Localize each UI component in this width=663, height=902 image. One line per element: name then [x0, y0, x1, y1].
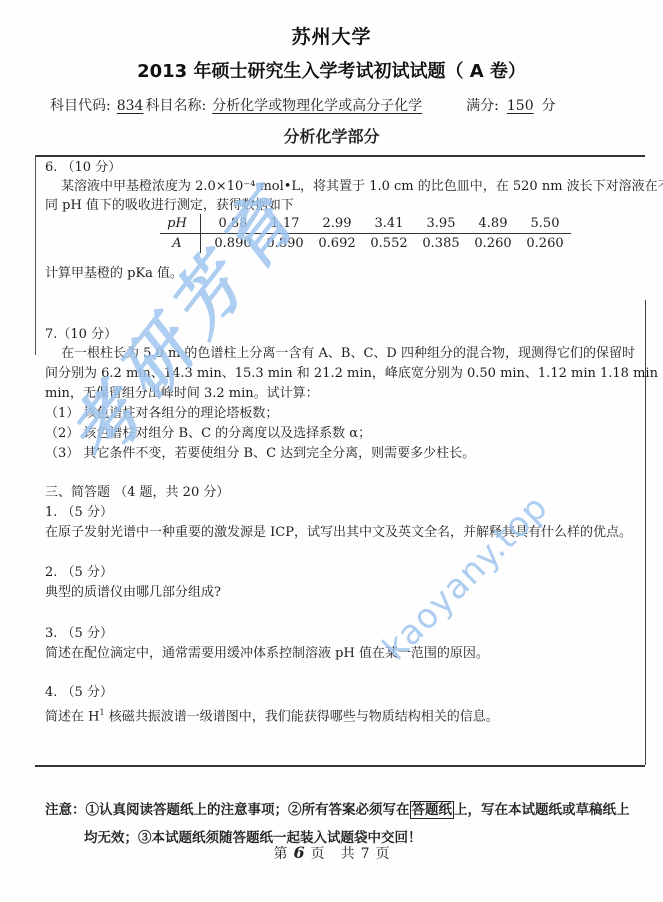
table-cell: 0.88	[201, 214, 260, 234]
s3-q4-title: 4. （5 分）	[45, 683, 113, 702]
s3-q1-title: 1. （5 分）	[45, 503, 113, 522]
q7-item-3: （3） 其它条件不变，若要使组分 B、C 达到完全分离，则需要多少柱长。	[45, 444, 475, 463]
total-pages: 7	[355, 846, 376, 862]
s3-q4-body: 简述在 H1 核磁共振波谱一级谱图中，我们能获得哪些与物质结构相关的信息。	[45, 703, 499, 726]
s3-q4-body-pre: 简述在 H	[45, 709, 99, 724]
q7-line2: 间分别为 6.2 min、14.3 min、15.3 min 和 21.2 mi…	[45, 364, 663, 383]
table-cell: 0.692	[311, 234, 363, 254]
table-cell: 0.385	[415, 234, 467, 254]
notice-boxed-answer-sheet: 答题纸	[410, 801, 455, 819]
subject-code-label: 科目代码:	[50, 98, 111, 114]
q7-item-1: （1） 该色谱柱对各组分的理论塔板数；	[45, 404, 278, 423]
table-row-absorbance: A 0.890 0.890 0.692 0.552 0.385 0.260 0.…	[160, 234, 571, 254]
q7-title: 7.（10 分）	[45, 325, 117, 344]
full-score-unit: 分	[542, 98, 556, 114]
table-cell: 0.890	[201, 234, 260, 254]
s3-q3-body: 简述在配位滴定中，通常需要用缓冲体系控制溶液 pH 值在某一范围的原因。	[45, 644, 489, 663]
table-cell: 0.260	[467, 234, 519, 254]
page-prefix: 第	[273, 846, 287, 862]
table-cell: 2.99	[311, 214, 363, 234]
subject-name-value: 分析化学或物理化学或高分子化学	[206, 98, 456, 114]
ph-absorbance-table: pH 0.88 1.17 2.99 3.41 3.95 4.89 5.50 A …	[160, 214, 571, 253]
table-cell: 4.89	[467, 214, 519, 234]
section3-heading: 三、简答题 （4 题，共 20 分）	[45, 483, 229, 502]
s3-q1-body: 在原子发射光谱中一种重要的激发源是 ICP，试写出其中文及英文全名，并解释其具有…	[45, 523, 632, 542]
page-suffix: 页	[376, 846, 390, 862]
full-score-value: 150	[499, 98, 542, 114]
box-border-top	[35, 155, 645, 157]
q7-item-2: （2） 该色谱柱对组分 B、C 的分离度以及选择系数 α；	[45, 424, 371, 443]
full-score-label: 满分:	[466, 98, 499, 114]
subject-code-value: 834	[111, 98, 146, 114]
row-label-ph: pH	[160, 214, 201, 234]
current-page: 6	[287, 843, 310, 862]
table-cell: 1.17	[259, 214, 311, 234]
s3-q2-body: 典型的质谱仪由哪几部分组成?	[45, 583, 221, 602]
box-border-left	[35, 155, 36, 355]
total-prefix: 共	[341, 846, 355, 862]
notice-text-pre: 注意：①认真阅读答题纸上的注意事项；②所有答案必须写在	[45, 802, 410, 818]
table-row-ph: pH 0.88 1.17 2.99 3.41 3.95 4.89 5.50	[160, 214, 571, 234]
subject-name-label: 科目名称:	[145, 98, 206, 114]
exam-page: 苏州大学 2013 年硕士研究生入学考试初试试题（ A 卷） 科目代码:834科…	[0, 0, 663, 902]
table-cell: 0.260	[519, 234, 571, 254]
q7-line3: min，无保留组分出峰时间 3.2 min。试计算：	[45, 384, 319, 403]
s3-q3-title: 3. （5 分）	[45, 624, 113, 643]
page-number: 第6页共7页	[0, 843, 663, 863]
q6-line1: 某溶液中甲基橙浓度为 2.0×10⁻⁴ mol•L，将其置于 1.0 cm 的比…	[45, 177, 663, 196]
table-cell: 3.41	[363, 214, 415, 234]
table-cell: 3.95	[415, 214, 467, 234]
section-heading: 分析化学部分	[0, 124, 663, 147]
s3-q4-body-post: 核磁共振波谱一级谱图中，我们能获得哪些与物质结构相关的信息。	[105, 709, 499, 724]
q6-ask: 计算甲基橙的 pKa 值。	[45, 264, 183, 283]
q7-line1: 在一根柱长为 5.0 m 的色谱柱上分离一含有 A、B、C、D 四种组分的混合物…	[45, 344, 635, 363]
subject-info-line: 科目代码:834科目名称:分析化学或物理化学或高分子化学满分:150分	[50, 95, 556, 115]
notice-text-post: 上，写在本试题纸或草稿纸上	[454, 802, 630, 818]
page-mid: 页	[311, 846, 325, 862]
table-cell: 0.890	[259, 234, 311, 254]
table-cell: 5.50	[519, 214, 571, 234]
s3-q2-title: 2. （5 分）	[45, 563, 113, 582]
q6-title: 6. （10 分）	[45, 158, 121, 177]
box-border-bottom	[35, 765, 645, 767]
exam-title: 2013 年硕士研究生入学考试初试试题（ A 卷）	[0, 57, 663, 83]
row-label-a: A	[160, 234, 201, 254]
notice-line-1: 注意：①认真阅读答题纸上的注意事项；②所有答案必须写在答题纸上，写在本试题纸或草…	[45, 798, 630, 818]
q6-line2: 同 pH 值下的吸收进行测定，获得数据如下	[45, 196, 294, 215]
table-cell: 0.552	[363, 234, 415, 254]
school-name: 苏州大学	[0, 22, 663, 49]
watermark-url: kaoyany.top	[375, 487, 556, 668]
